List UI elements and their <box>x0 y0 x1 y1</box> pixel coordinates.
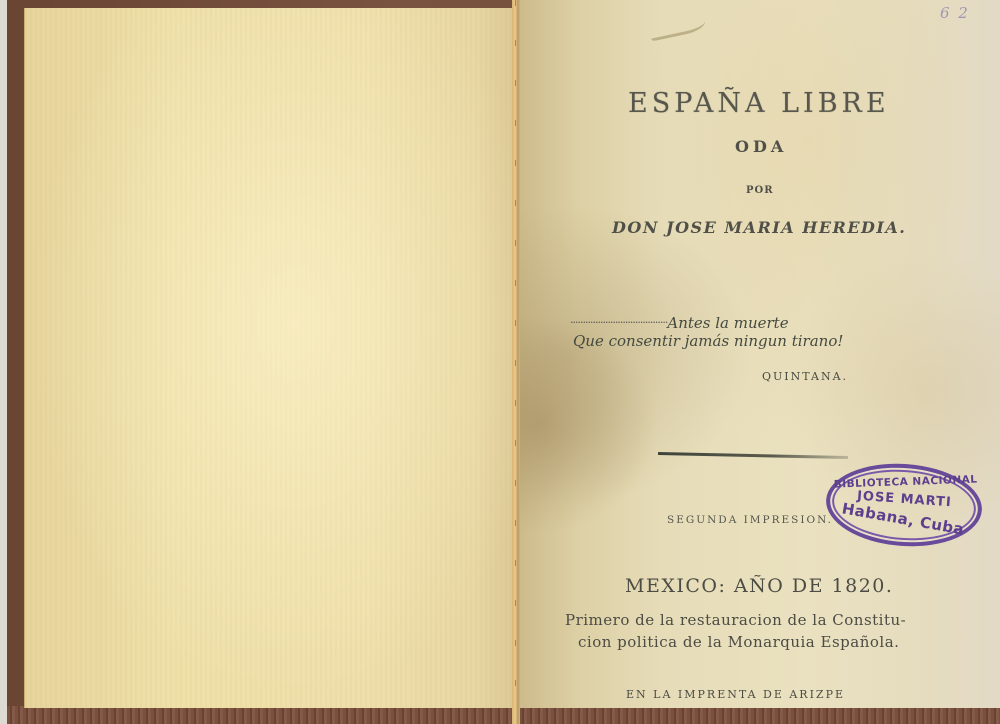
scanner-edge <box>0 0 7 724</box>
by-label: POR <box>746 185 774 196</box>
epigraph-attribution: QUINTANA. <box>762 370 848 383</box>
imprint-note-line-2: cion politica de la Monarquia Española. <box>578 633 899 651</box>
book-scan: 6 2 ESPAÑA LIBRE ODA POR DON JOSE MARIA … <box>0 0 1000 724</box>
printer-line: EN LA IMPRENTA DE ARIZPE <box>626 688 845 702</box>
pencil-annotation: 6 2 <box>940 4 970 22</box>
edition-label: SEGUNDA IMPRESION. <box>667 514 833 526</box>
epigraph-leader-dots: ······································· <box>570 316 667 329</box>
book-title: ESPAÑA LIBRE <box>628 88 890 119</box>
book-gutter <box>512 0 520 724</box>
author-name: DON JOSE MARIA HEREDIA. <box>612 218 906 237</box>
left-endpaper-page <box>24 8 514 708</box>
epigraph-line-1: ·······································A… <box>570 314 789 332</box>
book-cover-bottom-edge <box>7 706 1000 724</box>
imprint-note-line-1: Primero de la restauracion de la Constit… <box>565 611 906 629</box>
binding-stitches <box>515 0 516 708</box>
imprint-place-year: MEXICO: AÑO DE 1820. <box>625 575 893 597</box>
genre-label: ODA <box>735 137 787 156</box>
epigraph-line-1-text: Antes la muerte <box>667 314 788 332</box>
epigraph-line-2: Que consentir jamás ningun tirano! <box>573 332 843 350</box>
